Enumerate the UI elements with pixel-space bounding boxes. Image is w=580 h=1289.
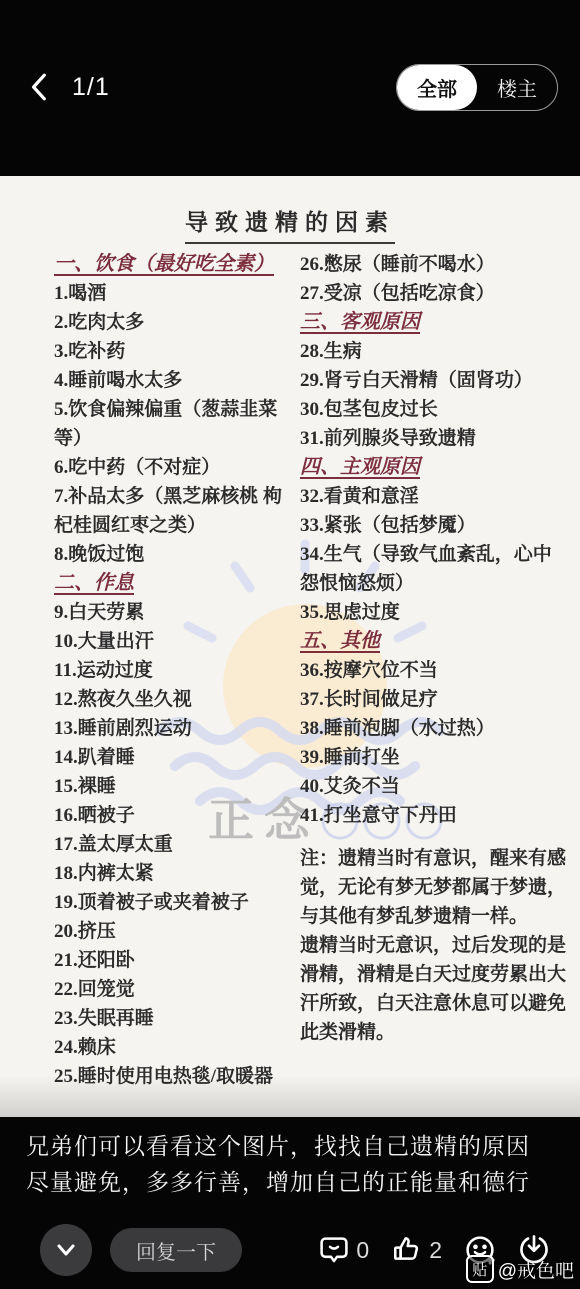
user-watermark-name: @戒色吧 (498, 1256, 574, 1283)
list-row: 24.赖床 (54, 1033, 292, 1062)
note-paragraphs: 注：遗精当时有意识，醒来有感觉，无论有梦无梦都属于梦遗，与其他有梦乱梦遗精一样。… (300, 844, 568, 1047)
user-watermark: 贴 @戒色吧 (466, 1255, 574, 1283)
list-row: 二、作息 (54, 569, 292, 598)
list-row: 7.补品太多（黑芝麻核桃 枸杞桂圆红枣之类） (54, 482, 292, 540)
note-line: 注：遗精当时有意识，醒来有感觉，无论有梦无梦都属于梦遗，与其他有梦乱梦遗精一样。 (300, 844, 568, 931)
list-row: 40.艾灸不当 (300, 772, 568, 801)
top-bar: 1/1 全部 楼主 (0, 58, 580, 116)
collapse-button[interactable] (40, 1224, 92, 1276)
list-row: 34.生气（导致气血紊乱，心中 怨恨恼怒烦） (300, 540, 568, 598)
list-row: 15.裸睡 (54, 772, 292, 801)
list-row: 32.看黄和意淫 (300, 482, 568, 511)
list-row: 17.盖太厚太重 (54, 830, 292, 859)
note-line: 遗精当时无意识，过后发现的是滑精，滑精是白天过度劳累出大汗所致，白天注意休息可以… (300, 931, 568, 1047)
list-row: 1.喝酒 (54, 279, 292, 308)
list-row: 26.憋尿（睡前不喝水） (300, 250, 568, 279)
list-row: 23.失眠再睡 (54, 1004, 292, 1033)
view-toggle: 全部 楼主 (396, 64, 558, 111)
list-row: 4.睡前喝水太多 (54, 366, 292, 395)
reply-input[interactable]: 回复一下 (110, 1228, 242, 1272)
post-caption: 兄弟们可以看看这个图片，找找自己遗精的原因 尽量避免，多多行善，增加自己的正能量… (0, 1128, 580, 1200)
list-row: 39.睡前打坐 (300, 743, 568, 772)
list-row: 28.生病 (300, 337, 568, 366)
list-row: 25.睡时使用电热毯/取暖器 (54, 1062, 292, 1091)
list-row: 四、主观原因 (300, 453, 568, 482)
right-column: 26.憋尿（睡前不喝水）27.受凉（包括吃凉食）三、客观原因28.生病29.肾亏… (300, 250, 568, 1091)
list-row: 19.顶着被子或夹着被子 (54, 888, 292, 917)
list-row: 8.晚饭过饱 (54, 540, 292, 569)
like-count: 2 (429, 1237, 442, 1264)
toggle-op-tab[interactable]: 楼主 (477, 65, 557, 110)
list-row: 13.睡前剧烈运动 (54, 714, 292, 743)
list-row: 30.包茎包皮过长 (300, 395, 568, 424)
page-indicator: 1/1 (72, 73, 110, 102)
list-row: 5.饮食偏辣偏重（葱蒜韭菜等） (54, 395, 292, 453)
list-row: 一、饮食（最好吃全素） (54, 250, 292, 279)
list-row: 35.思虑过度 (300, 598, 568, 627)
two-column-list: 一、饮食（最好吃全素）1.喝酒2.吃肉太多3.吃补药4.睡前喝水太多5.饮食偏辣… (0, 250, 580, 1091)
image-title: 导致遗精的因素 (0, 204, 580, 244)
comment-action[interactable]: 0 (318, 1234, 369, 1266)
back-button[interactable] (18, 65, 62, 109)
thumbs-up-icon (391, 1234, 423, 1266)
right-column-items: 26.憋尿（睡前不喝水）27.受凉（包括吃凉食）三、客观原因28.生病29.肾亏… (300, 250, 568, 830)
list-row: 38.睡前泡脚（水过热） (300, 714, 568, 743)
list-row: 36.按摩穴位不当 (300, 656, 568, 685)
list-row: 22.回笼觉 (54, 975, 292, 1004)
comment-icon (318, 1234, 350, 1266)
list-row: 6.吃中药（不对症） (54, 453, 292, 482)
app-screen: 1/1 全部 楼主 (0, 0, 580, 1289)
list-row: 29.肾亏白天滑精（固肾功） (300, 366, 568, 395)
list-row: 12.熬夜久坐久视 (54, 685, 292, 714)
list-row: 16.晒被子 (54, 801, 292, 830)
list-row: 9.白天劳累 (54, 598, 292, 627)
post-image[interactable]: 正念〇〇〇 导致遗精的因素 一、饮食（最好吃全素）1.喝酒2.吃肉太多3.吃补药… (0, 176, 580, 1117)
list-row: 14.趴着睡 (54, 743, 292, 772)
list-row: 31.前列腺炎导致遗精 (300, 424, 568, 453)
like-action[interactable]: 2 (391, 1234, 442, 1266)
left-column: 一、饮食（最好吃全素）1.喝酒2.吃肉太多3.吃补药4.睡前喝水太多5.饮食偏辣… (54, 250, 292, 1091)
list-row: 37.长时间做足疗 (300, 685, 568, 714)
list-row: 3.吃补药 (54, 337, 292, 366)
toggle-all-tab[interactable]: 全部 (397, 65, 477, 110)
list-row: 10.大量出汗 (54, 627, 292, 656)
list-row: 21.还阳卧 (54, 946, 292, 975)
list-row: 41.打坐意守下丹田 (300, 801, 568, 830)
list-row: 11.运动过度 (54, 656, 292, 685)
list-row: 五、其他 (300, 627, 568, 656)
back-chevron-icon (27, 72, 53, 102)
chevron-down-icon (57, 1244, 75, 1256)
list-row: 三、客观原因 (300, 308, 568, 337)
list-row: 20.挤压 (54, 917, 292, 946)
list-row: 18.内裤太紧 (54, 859, 292, 888)
list-row: 27.受凉（包括吃凉食） (300, 279, 568, 308)
list-row: 2.吃肉太多 (54, 308, 292, 337)
tieba-logo-icon: 贴 (466, 1255, 494, 1283)
comment-count: 0 (356, 1237, 369, 1264)
list-row: 33.紧张（包括梦魇） (300, 511, 568, 540)
